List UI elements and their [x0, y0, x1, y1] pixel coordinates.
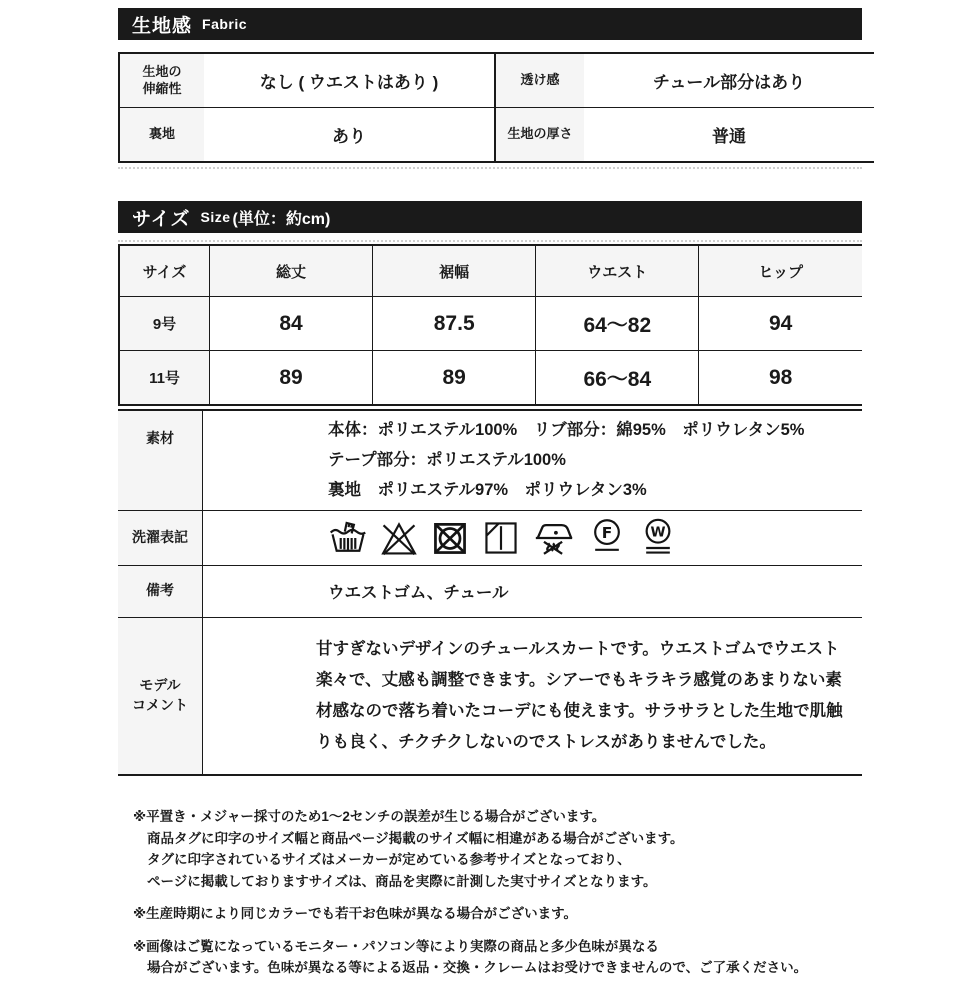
size-11-length: 89	[210, 351, 373, 406]
size-9-hem-width: 87.5	[373, 297, 536, 351]
care-symbols: F W	[328, 516, 854, 560]
table-row: 生地の 伸縮性 なし ( ウエストはあり ) 透け感 チュール部分はあり	[119, 53, 874, 108]
length-col-header: 総丈	[210, 245, 373, 297]
size-9-hip: 94	[699, 297, 862, 351]
fabric-section-subtitle: Fabric	[202, 16, 247, 32]
iron-low-no-steam-icon	[532, 516, 576, 560]
fabric-section-title: 生地感	[132, 11, 192, 38]
fabric-thickness-label: 生地の厚さ	[495, 108, 584, 163]
table-row: 裏地 あり 生地の厚さ 普通	[119, 108, 874, 163]
wet-clean-w-icon: W	[638, 517, 678, 559]
hip-col-header: ヒップ	[699, 245, 862, 297]
notes-label: 備考	[118, 565, 203, 617]
fabric-sheerness-value: チュール部分はあり	[584, 53, 874, 108]
size-9-waist: 64〜82	[536, 297, 699, 351]
product-details-table: 素材 本体：ポリエステル100% リブ部分：綿95% ポリウレタン5% テープ部…	[118, 409, 862, 776]
size-section-title: サイズ	[132, 204, 190, 231]
model-comment-label: モデル コメント	[118, 617, 203, 775]
fabric-thickness-value: 普通	[584, 108, 874, 163]
size-11-label: 11号	[119, 351, 210, 406]
footnote-monitor-color: ※画像はご覧になっているモニター・パソコン等により実際の商品と多少色味が異なる …	[133, 936, 862, 979]
shade-line-dry-icon	[481, 518, 521, 558]
material-text: 本体：ポリエステル100% リブ部分：綿95% ポリウレタン5% テープ部分：ポ…	[203, 410, 863, 510]
size-11-hem-width: 89	[373, 351, 536, 406]
material-label: 素材	[118, 410, 203, 510]
footnotes: ※平置き・メジャー採寸のため1〜2センチの誤差が生じる場合がございます。 商品タ…	[118, 806, 862, 979]
dry-clean-f-icon: F	[587, 517, 627, 559]
no-bleach-icon	[379, 518, 419, 558]
fabric-properties-table: 生地の 伸縮性 なし ( ウエストはあり ) 透け感 チュール部分はあり 裏地 …	[118, 52, 874, 163]
footnote-measurement: ※平置き・メジャー採寸のため1〜2センチの誤差が生じる場合がございます。 商品タ…	[133, 806, 862, 892]
size-unit-note: (単位：約cm)	[233, 206, 331, 229]
size-9-label: 9号	[119, 297, 210, 351]
notes-row: 備考 ウエストゴム、チュール	[118, 565, 862, 617]
model-comment-text: 甘すぎないデザインのチュールスカートです。ウエストゴムでウエスト楽々で、丈感も調…	[203, 617, 863, 775]
dotted-divider	[118, 167, 862, 169]
size-col-header: サイズ	[119, 245, 210, 297]
size-9-length: 84	[210, 297, 373, 351]
dotted-divider	[118, 240, 862, 242]
model-comment-row: モデル コメント 甘すぎないデザインのチュールスカートです。ウエストゴムでウエス…	[118, 617, 862, 775]
fabric-section-header: 生地感 Fabric	[118, 8, 862, 40]
care-symbols-row: 洗濯表記	[118, 510, 862, 565]
table-row: 9号 84 87.5 64〜82 94	[119, 297, 862, 351]
waist-col-header: ウエスト	[536, 245, 699, 297]
table-row: 11号 89 89 66〜84 98	[119, 351, 862, 406]
no-tumble-dry-icon	[430, 518, 470, 558]
size-section-header: サイズ Size (単位：約cm)	[118, 201, 862, 233]
svg-text:F: F	[602, 524, 613, 542]
size-section-subtitle: Size	[200, 209, 230, 225]
product-spec-page: 生地感 Fabric 生地の 伸縮性 なし ( ウエストはあり ) 透け感 チュ…	[118, 0, 862, 990]
fabric-sheerness-label: 透け感	[495, 53, 584, 108]
size-11-hip: 98	[699, 351, 862, 406]
svg-text:W: W	[650, 524, 665, 540]
care-label: 洗濯表記	[118, 510, 203, 565]
hand-wash-icon	[328, 518, 368, 558]
size-table-header-row: サイズ 総丈 裾幅 ウエスト ヒップ	[119, 245, 862, 297]
fabric-stretch-label: 生地の 伸縮性	[119, 53, 204, 108]
fabric-stretch-value: なし ( ウエストはあり )	[204, 53, 495, 108]
material-row: 素材 本体：ポリエステル100% リブ部分：綿95% ポリウレタン5% テープ部…	[118, 410, 862, 510]
hem-width-col-header: 裾幅	[373, 245, 536, 297]
notes-text: ウエストゴム、チュール	[203, 565, 863, 617]
fabric-lining-label: 裏地	[119, 108, 204, 163]
footnote-color-lot: ※生産時期により同じカラーでも若干お色味が異なる場合がございます。	[133, 903, 862, 925]
size-chart-table: サイズ 総丈 裾幅 ウエスト ヒップ 9号 84 87.5 64〜82 94 1…	[118, 244, 862, 406]
fabric-lining-value: あり	[204, 108, 495, 163]
size-11-waist: 66〜84	[536, 351, 699, 406]
